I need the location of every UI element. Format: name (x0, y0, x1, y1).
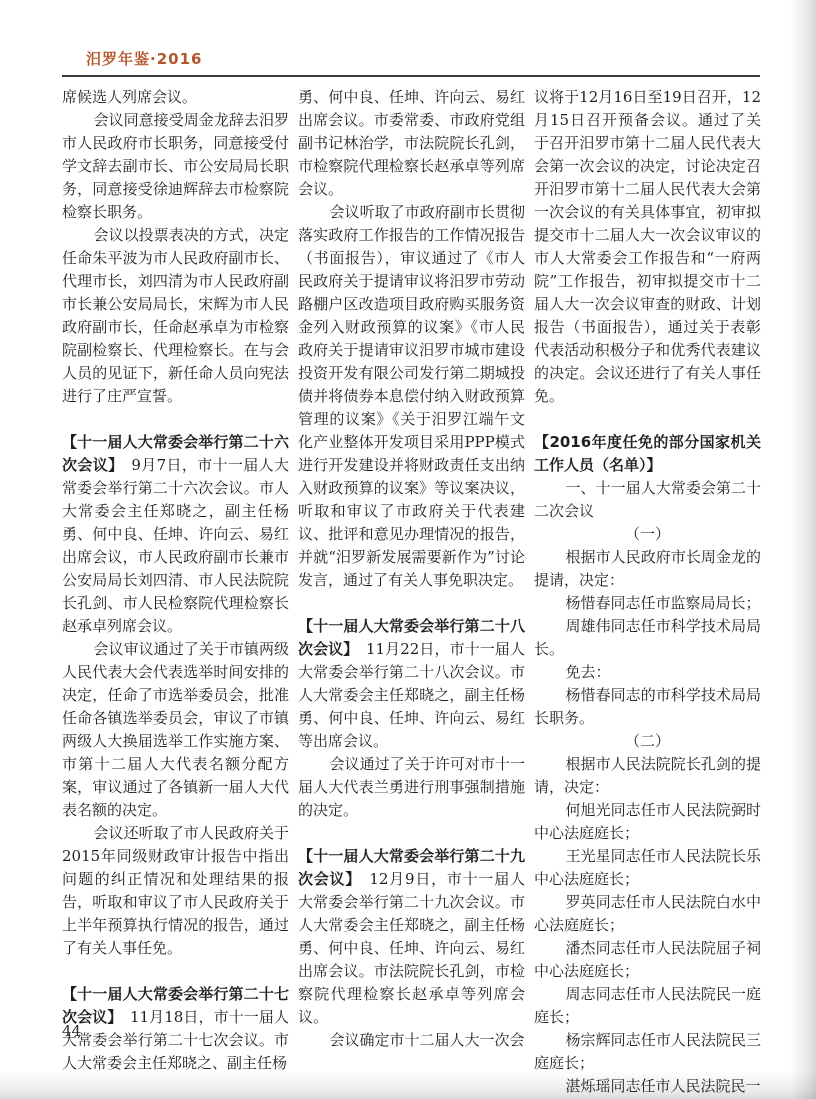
header-rule (62, 75, 760, 77)
section-heading-paragraph: 【十一届人大常委会举行第二十六次会议】 9月7日，市十一届人大常委会举行第二十六… (62, 431, 289, 638)
paragraph: 会议审议通过了关于市镇两级人民代表大会代表选举时间安排的决定，任命了市选举委员会… (62, 638, 289, 822)
yearbook-title: 汨罗年鉴·2016 (86, 48, 760, 69)
page-number: 44 (62, 1022, 81, 1040)
entry-heading: 【十一届人大常委会举行第二十七次会议】 (62, 985, 289, 1026)
paragraph: 罗英同志任市人民法院白水中心法庭庭长； (534, 891, 761, 937)
text-column-3: 议将于12月16日至19日召开，12月15日召开预备会议。通过了关于召开汨罗市第… (534, 86, 761, 1098)
paragraph: 王光星同志任市人民法院长乐中心法庭庭长； (534, 845, 761, 891)
text-columns: 席候选人列席会议。会议同意接受周金龙辞去汨罗市人民政府市长职务，同意接受付学文辞… (62, 86, 760, 1098)
paragraph: （二） (534, 730, 761, 753)
entry-heading: 【十一届人大常委会举行第二十九次会议】 (298, 847, 525, 888)
paragraph: 何旭光同志任市人民法院弼时中心法庭庭长； (534, 799, 761, 845)
paragraph: 根据市人民法院院长孔剑的提请，决定： (534, 753, 761, 799)
page-header: 汨罗年鉴·2016 (62, 48, 760, 77)
paragraph: 勇、何中良、任坤、许向云、易红出席会议。市委常委、市政府党组副书记林治学，市法院… (298, 86, 525, 201)
paragraph: 湛烁瑶同志任市人民法院民一 (534, 1075, 761, 1098)
paragraph: 周志同志任市人民法院民一庭庭长； (534, 983, 761, 1029)
section-heading-paragraph: 【2016年度任免的部分国家机关工作人员（名单）】 (534, 431, 761, 477)
paragraph: 会议听取了市政府副市长贯彻落实政府工作报告的工作情况报告（书面报告），审议通过了… (298, 201, 525, 592)
text-column-2: 勇、何中良、任坤、许向云、易红出席会议。市委常委、市政府党组副书记林治学，市法院… (298, 86, 525, 1098)
paragraph: 会议通过了关于许可对市十一届人大代表兰勇进行刑事强制措施的决定。 (298, 753, 525, 822)
entry-heading: 【十一届人大常委会举行第二十八次会议】 (298, 617, 525, 658)
paragraph: 议将于12月16日至19日召开，12月15日召开预备会议。通过了关于召开汨罗市第… (534, 86, 761, 408)
paragraph: 杨宗辉同志任市人民法院民三庭庭长； (534, 1029, 761, 1075)
page-container: 汨罗年鉴·2016 席候选人列席会议。会议同意接受周金龙辞去汨罗市人民政府市长职… (0, 0, 816, 1099)
entry-heading: 【十一届人大常委会举行第二十六次会议】 (62, 433, 289, 474)
text-column-1: 席候选人列席会议。会议同意接受周金龙辞去汨罗市人民政府市长职务，同意接受付学文辞… (62, 86, 289, 1098)
paragraph: 根据市人民政府市长周金龙的提请，决定： (534, 546, 761, 592)
paragraph: 免去： (534, 661, 761, 684)
paragraph: 会议以投票表决的方式，决定任命朱平波为市人民政府副市长、代理市长，刘四清为市人民… (62, 224, 289, 408)
section-heading-paragraph: 【十一届人大常委会举行第二十七次会议】 11月18日，市十一届人大常委会举行第二… (62, 983, 289, 1075)
paragraph: 周雄伟同志任市科学技术局局长。 (534, 615, 761, 661)
section-heading-paragraph: 【十一届人大常委会举行第二十九次会议】 12月9日，市十一届人大常委会举行第二十… (298, 845, 525, 1029)
paragraph: 杨惜春同志的市科学技术局局长职务。 (534, 684, 761, 730)
paragraph: 杨惜春同志任市监察局局长； (534, 592, 761, 615)
paragraph: 会议还听取了市人民政府关于2015年同级财政审计报告中指出问题的纠正情况和处理结… (62, 822, 289, 960)
paragraph: 潘杰同志任市人民法院屈子祠中心法庭庭长； (534, 937, 761, 983)
paragraph: 一、十一届人大常委会第二十二次会议 (534, 477, 761, 523)
paragraph: （一） (534, 523, 761, 546)
paragraph: 会议确定市十二届人大一次会 (298, 1029, 525, 1052)
section-heading-paragraph: 【十一届人大常委会举行第二十八次会议】 11月22日，市十一届人大常委会举行第二… (298, 615, 525, 753)
paragraph: 席候选人列席会议。 (62, 86, 289, 109)
paragraph: 会议同意接受周金龙辞去汨罗市人民政府市长职务，同意接受付学文辞去副市长、市公安局… (62, 109, 289, 224)
